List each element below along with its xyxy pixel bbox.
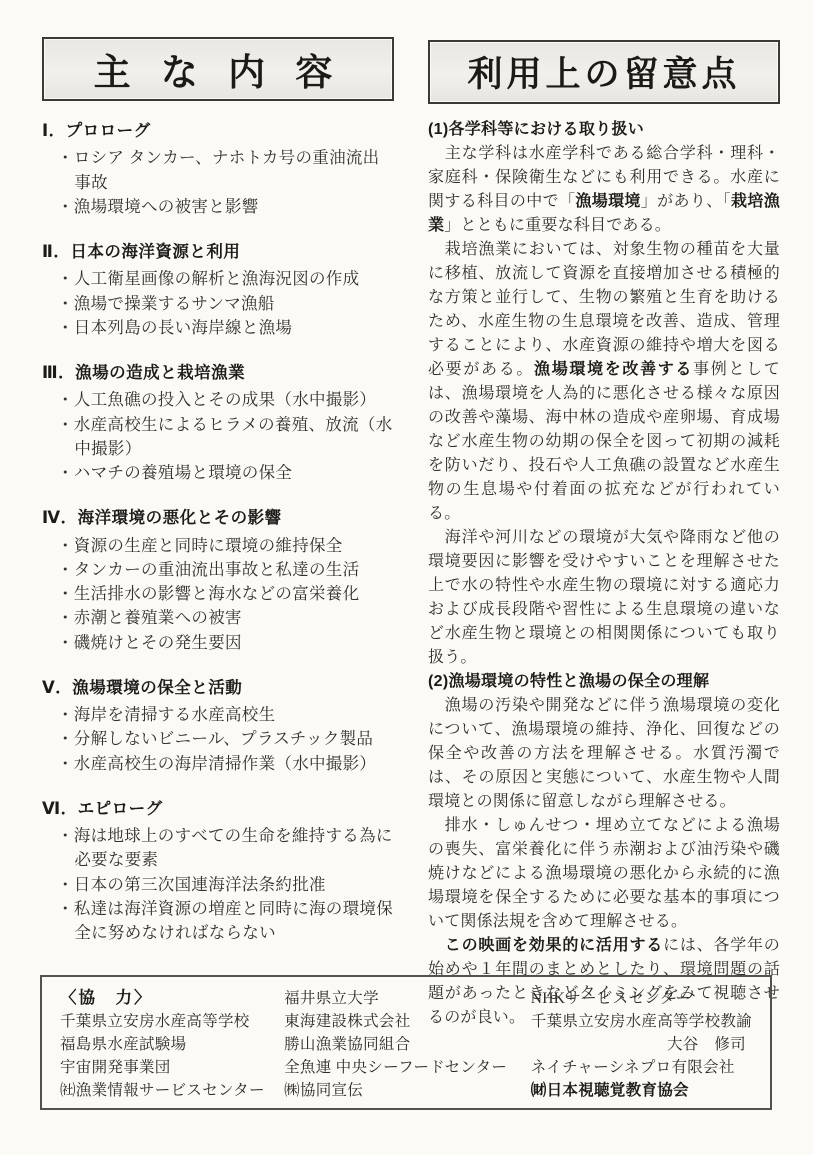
toc-item: ・海岸を清掃する水産高校生 [57,703,394,727]
usage-notes-title: 利用上の留意点 [467,47,740,97]
body-text: 」があり、「 [641,193,731,210]
toc-section: Ⅰ．プロローグ・ロシア タンカー、ナホトカ号の重油流出事故・漁場環境への被害と影… [42,119,394,219]
toc-section-heading: Ⅲ．漁場の造成と栽培漁業 [42,361,394,385]
cooperation-column: 〈協 力〉千葉県立安房水産高等学校福島県水産試験場宇宙開発事業団㈳漁業情報サービ… [60,987,284,1097]
toc-item: ・水産高校生の海岸清掃作業（水中撮影） [57,752,394,776]
toc-section: Ⅵ．エピローグ・海は地球上のすべての生命を維持する為に必要な要素・日本の第三次国… [42,797,394,946]
toc-item: ・ロシア タンカー、ナホトカ号の重油流出事故 [57,146,394,195]
toc-item: ・水産高校生によるヒラメの養殖、放流（水中撮影） [57,413,394,462]
toc-section: Ⅱ．日本の海洋資源と利用・人工衛星画像の解析と漁海況図の作成・漁場で操業するサン… [42,240,394,340]
toc-item: ・分解しないビニール、プラスチック製品 [57,727,394,751]
cooperation-column: NHKサービスセンター千葉県立安房水産高等学校教諭大谷 修司ネイチャーシネプロ有… [531,987,752,1097]
emphasis-text: 漁場環境を改善する [534,361,693,378]
toc-item: ・ハマチの養殖場と環境の保全 [57,461,394,485]
toc-item: ・海は地球上のすべての生命を維持する為に必要な要素 [57,824,394,873]
right-column: 利用上の留意点 (1)各学科等における取り扱い 主な学科は水産学科である総合学科… [428,40,780,1030]
emphasis-text: この映画を効果的に活用する [445,937,663,954]
document-page: 主 な 内 容 Ⅰ．プロローグ・ロシア タンカー、ナホトカ号の重油流出事故・漁場… [0,0,813,1155]
toc-item: ・私達は海洋資源の増産と同時に海の環境保全に努めなければならない [57,897,394,946]
toc-section-heading: Ⅳ．海洋環境の悪化とその影響 [42,506,394,530]
main-contents-title: 主 な 内 容 [94,42,343,96]
toc-item: ・漁場環境への被害と影響 [57,195,394,219]
toc-item: ・生活排水の影響と海水などの富栄養化 [57,582,394,606]
cooperation-box: 〈協 力〉千葉県立安房水産高等学校福島県水産試験場宇宙開発事業団㈳漁業情報サービ… [40,975,772,1110]
main-contents-title-box: 主 な 内 容 [42,37,394,101]
cooperation-line: 福井県立大学 [284,987,531,1010]
usage-notes-paragraph: 漁場の汚染や開発などに伴う漁場環境の変化について、漁場環境の維持、浄化、回復など… [428,694,780,814]
toc-item: ・漁場で操業するサンマ漁船 [57,292,394,316]
cooperation-line: 千葉県立安房水産高等学校 [60,1010,284,1033]
toc-item: ・磯焼けとその発生要因 [57,631,394,655]
body-text: 排水・しゅんせつ・埋め立てなどによる漁場の喪失、富栄養化に伴う赤潮および油汚染や… [428,817,780,930]
body-text [428,937,445,954]
cooperation-line: 全魚連 中央シーフードセンター [284,1056,531,1079]
cooperation-line: ㈶日本視聴覚教育協会 [531,1079,752,1102]
toc-item: ・赤潮と養殖業への被害 [57,606,394,630]
toc-item: ・タンカーの重油流出事故と私達の生活 [57,558,394,582]
cooperation-line: ㈱協同宣伝 [284,1079,531,1102]
toc-section: Ⅴ．漁場環境の保全と活動・海岸を清掃する水産高校生・分解しないビニール、プラスチ… [42,676,394,776]
cooperation-line: 勝山漁業協同組合 [284,1033,531,1056]
cooperation-line: ネイチャーシネプロ有限会社 [531,1056,752,1079]
body-text: 」とともに重要な科目である。 [444,217,671,234]
usage-notes-heading: (1)各学科等における取り扱い [428,118,780,142]
toc-section: Ⅲ．漁場の造成と栽培漁業・人工魚礁の投入とその成果（水中撮影）・水産高校生による… [42,361,394,485]
usage-notes-paragraph: 栽培漁業においては、対象生物の種苗を大量に移植、放流して資源を直接増加させる積極… [428,238,780,526]
emphasis-text: 漁場環境 [575,193,640,210]
usage-notes-heading: (2)漁場環境の特性と漁場の保全の理解 [428,670,780,694]
cooperation-line: 宇宙開発事業団 [60,1056,284,1079]
toc-item: ・人工魚礁の投入とその成果（水中撮影） [57,388,394,412]
cooperation-line: NHKサービスセンター [531,987,752,1010]
usage-notes-title-box: 利用上の留意点 [428,40,780,104]
usage-notes-body: (1)各学科等における取り扱い 主な学科は水産学科である総合学科・理科・家庭科・… [428,118,780,1030]
cooperation-line: 大谷 修司 [531,1033,752,1056]
cooperation-line: 千葉県立安房水産高等学校教諭 [531,1010,752,1033]
body-text: 栽培漁業においては、対象生物の種苗を大量に移植、放流して資源を直接増加させる積極… [428,241,780,378]
cooperation-line: 〈協 力〉 [60,987,284,1010]
table-of-contents: Ⅰ．プロローグ・ロシア タンカー、ナホトカ号の重油流出事故・漁場環境への被害と影… [42,119,394,945]
cooperation-line: 東海建設株式会社 [284,1010,531,1033]
toc-item: ・人工衛星画像の解析と漁海況図の作成 [57,267,394,291]
toc-item: ・資源の生産と同時に環境の維持保全 [57,534,394,558]
toc-item: ・日本列島の長い海岸線と漁場 [57,316,394,340]
usage-notes-paragraph: 排水・しゅんせつ・埋め立てなどによる漁場の喪失、富栄養化に伴う赤潮および油汚染や… [428,814,780,934]
body-text: 事例としては、漁場環境を人為的に悪化させる様々な原因の改善や藻場、海中林の造成や… [428,361,780,522]
body-text: 漁場の汚染や開発などに伴う漁場環境の変化について、漁場環境の維持、浄化、回復など… [428,697,780,810]
usage-notes-paragraph: 海洋や河川などの環境が大気や降雨など他の環境要因に影響を受けやすいことを理解させ… [428,526,780,670]
left-column: 主 な 内 容 Ⅰ．プロローグ・ロシア タンカー、ナホトカ号の重油流出事故・漁場… [42,37,394,966]
cooperation-column: 福井県立大学東海建設株式会社勝山漁業協同組合全魚連 中央シーフードセンター㈱協同… [284,987,531,1097]
toc-section-heading: Ⅵ．エピローグ [42,797,394,821]
cooperation-line: 福島県水産試験場 [60,1033,284,1056]
toc-section-heading: Ⅴ．漁場環境の保全と活動 [42,676,394,700]
toc-section-heading: Ⅰ．プロローグ [42,119,394,143]
toc-section: Ⅳ．海洋環境の悪化とその影響・資源の生産と同時に環境の維持保全・タンカーの重油流… [42,506,394,655]
body-text: 海洋や河川などの環境が大気や降雨など他の環境要因に影響を受けやすいことを理解させ… [428,529,780,666]
toc-section-heading: Ⅱ．日本の海洋資源と利用 [42,240,394,264]
usage-notes-paragraph: 主な学科は水産学科である総合学科・理科・家庭科・保険衛生などにも利用できる。水産… [428,142,780,238]
cooperation-line: ㈳漁業情報サービスセンター [60,1079,284,1102]
toc-item: ・日本の第三次国連海洋法条約批准 [57,873,394,897]
